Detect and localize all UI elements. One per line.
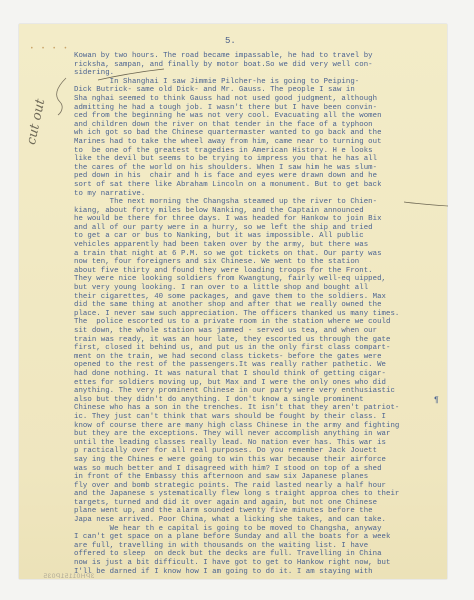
- text-line: and children down the river on that tend…: [74, 121, 434, 130]
- text-line: a train that night at 6 P.M. so we got t…: [74, 250, 434, 259]
- text-line: now is just a bit difficult. I have got …: [74, 559, 434, 568]
- text-line: ricksha, sampan, and finally by motor bo…: [74, 61, 434, 70]
- page-number: 5.: [225, 36, 236, 46]
- text-line: In Shanghai I saw Jimmie Pilcher-he is g…: [74, 78, 434, 87]
- text-line: in front of the Embassy this afternoon a…: [74, 473, 434, 482]
- text-line: did the same thing at another shop and a…: [74, 301, 434, 310]
- text-line: know of course there are many high class…: [74, 422, 434, 431]
- text-line: sidering.: [74, 69, 434, 78]
- text-line: now ten, four foreigners and six Chinese…: [74, 258, 434, 267]
- text-line: Marines had to take the wheel away from …: [74, 138, 434, 147]
- text-line: the cares of the world on his shoulders.…: [74, 164, 434, 173]
- text-line: like the devil but seems to be trying to…: [74, 155, 434, 164]
- text-line: but they are the exceptions. They will n…: [74, 430, 434, 439]
- text-line: ment on the train, we had second class t…: [74, 353, 434, 362]
- text-line: I'll be darned if I know how I am going …: [74, 568, 434, 577]
- text-line: say ing the Chines e were going to win t…: [74, 456, 434, 465]
- text-line: We hear th e capital is going to be move…: [74, 525, 434, 534]
- text-line: Sha nghai seemed to think Gauss had not …: [74, 95, 434, 104]
- text-line: Japa nese arrived. Poor China, what a li…: [74, 516, 434, 525]
- text-line: They were nice looking soldiers from Kwa…: [74, 275, 434, 284]
- text-line: admitting he had a tough job. I wasn't t…: [74, 104, 434, 113]
- text-line: train was ready, it was an hour late, th…: [74, 336, 434, 345]
- text-line: are full, travelling in with thousands o…: [74, 542, 434, 551]
- text-line: p ractically over for all real purposes.…: [74, 447, 434, 456]
- paragraph-mark: ¶: [434, 396, 439, 405]
- letter-body: Kowan by two hours. The road became impa…: [74, 52, 434, 576]
- text-line: to get a car or bus to Nanking, but it w…: [74, 232, 434, 241]
- text-line: I can't get space on a plane before Sund…: [74, 533, 434, 542]
- text-line: Chinese who has a son in the trenches. I…: [74, 404, 434, 413]
- text-line: ic. They just can't think that wars shou…: [74, 413, 434, 422]
- text-line: opened to the rest of the passengers.It …: [74, 361, 434, 370]
- text-line: also but they didn't do anything. I don'…: [74, 396, 434, 405]
- text-line: offered to sleep on deck but the decks a…: [74, 550, 434, 559]
- text-line: to be one of the greatest tragedies in A…: [74, 147, 434, 156]
- punch-marks: • • • •: [30, 45, 69, 52]
- text-line: place. I never saw such appreciation. Th…: [74, 310, 434, 319]
- margin-bracket-mark: [50, 76, 72, 116]
- text-line: had done nothing. It was natural that I …: [74, 370, 434, 379]
- text-line: anything. The very prominent Chinese in …: [74, 387, 434, 396]
- archive-number: 3PH01151P035: [43, 573, 94, 580]
- text-line: vehicles apparently had been taken over …: [74, 241, 434, 250]
- text-line: sit down, the whole station was jammed -…: [74, 327, 434, 336]
- text-line: targets, turned and did it over again an…: [74, 499, 434, 508]
- text-line: Kowan by two hours. The road became impa…: [74, 52, 434, 61]
- text-line: ced from the beginning he was not very c…: [74, 112, 434, 121]
- text-line: fly over and bomb strategic points. The …: [74, 482, 434, 491]
- text-line: until the leading classes really lead. N…: [74, 439, 434, 448]
- text-line: The next morning the Changsha steamed up…: [74, 198, 434, 207]
- text-line: The police escorted us to a private room…: [74, 318, 434, 327]
- text-line: ettes for soldiers moving up, but Max an…: [74, 379, 434, 388]
- text-line: and all of our party were in a hurry, so…: [74, 224, 434, 233]
- text-line: Dick Butrick- same old Dick- and Mr. Gau…: [74, 86, 434, 95]
- text-line: to my narrative.: [74, 190, 434, 199]
- text-line: was so much better and I disagreed with …: [74, 465, 434, 474]
- text-line: about five thirty and found they were lo…: [74, 267, 434, 276]
- text-line: their cigarettes, 40 some packages, and …: [74, 293, 434, 302]
- text-line: and the Japanese s ystematically flew lo…: [74, 490, 434, 499]
- text-line: plane went up, and the alarm sounded twe…: [74, 507, 434, 516]
- text-line: sort of sat there like Abraham Lincoln o…: [74, 181, 434, 190]
- text-line: wh ich got so bad the Chinese quartermas…: [74, 129, 434, 138]
- text-line: but very young looking. I ran over to a …: [74, 284, 434, 293]
- text-line: first, closed it behind us, and put us i…: [74, 344, 434, 353]
- text-line: kiang, about forty miles below Nanking, …: [74, 207, 434, 216]
- text-line: he would be there for three days. I was …: [74, 215, 434, 224]
- text-line: ped down in his chair and h is face and …: [74, 172, 434, 181]
